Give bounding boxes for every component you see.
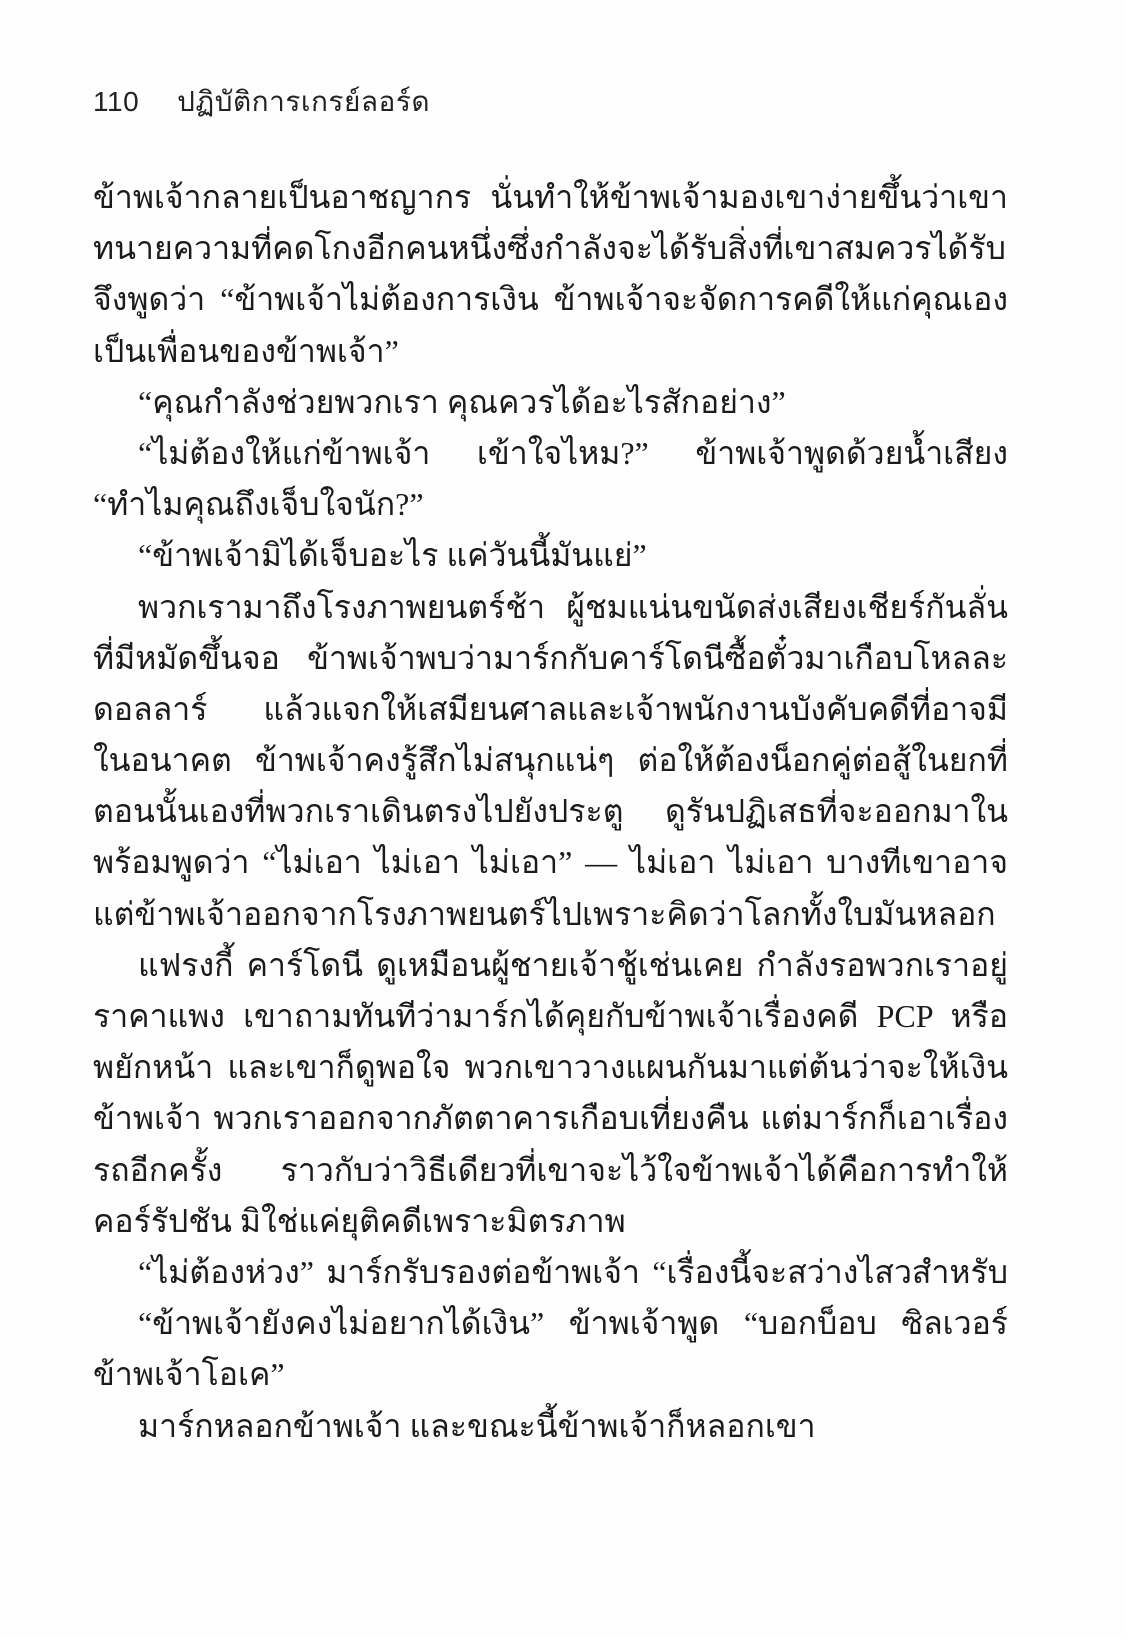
text-line: แฟรงกี้ คาร์โดนี ดูเหมือนผู้ชายเจ้าชู้เช… xyxy=(93,940,1008,991)
text-line: จึงพูดว่า “ข้าพเจ้าไม่ต้องการเงิน ข้าพเจ… xyxy=(93,274,1008,325)
text-line: “ทำไมคุณถึงเจ็บใจนัก?” xyxy=(93,479,1008,530)
text-line: เป็นเพื่อนของข้าพเจ้า” xyxy=(93,326,1008,377)
text-line: มาร์กหลอกข้าพเจ้า และขณะนี้ข้าพเจ้าก็หลอ… xyxy=(93,1401,1008,1452)
text-line: ข้าพเจ้าโอเค” xyxy=(93,1349,1008,1400)
running-header: 110 ปฏิบัติการเกรย์ลอร์ด xyxy=(93,80,430,124)
text-line: พวกเรามาถึงโรงภาพยนตร์ช้า ผู้ชมแน่นขนัดส… xyxy=(93,582,1008,633)
text-line: ทนายความที่คดโกงอีกคนหนึ่งซึ่งกำลังจะได้… xyxy=(93,223,1008,274)
text-line: ข้าพเจ้า พวกเราออกจากภัตตาคารเกือบเที่ยง… xyxy=(93,1093,1008,1144)
text-line: ที่มีหมัดขึ้นจอ ข้าพเจ้าพบว่ามาร์กกับคาร… xyxy=(93,633,1008,684)
running-title: ปฏิบัติการเกรย์ลอร์ด xyxy=(177,80,430,124)
text-line: พยักหน้า และเขาก็ดูพอใจ พวกเขาวางแผนกันม… xyxy=(93,1042,1008,1093)
text-line: ราคาแพง เขาถามทันทีว่ามาร์กได้คุยกับข้าพ… xyxy=(93,991,1008,1042)
page-number: 110 xyxy=(93,86,139,118)
text-line: “คุณกำลังช่วยพวกเรา คุณควรได้อะไรสักอย่า… xyxy=(93,377,1008,428)
text-line: รถอีกครั้ง ราวกับว่าวิธีเดียวที่เขาจะไว้… xyxy=(93,1145,1008,1196)
text-line: “ข้าพเจ้ามิได้เจ็บอะไร แค่วันนี้มันแย่” xyxy=(93,530,1008,581)
text-line: ตอนนั้นเองที่พวกเราเดินตรงไปยังประตู ดูร… xyxy=(93,786,1008,837)
book-page: 110 ปฏิบัติการเกรย์ลอร์ด ข้าพเจ้ากลายเป็… xyxy=(0,0,1126,1638)
body-text: ข้าพเจ้ากลายเป็นอาชญากร นั่นทำให้ข้าพเจ้… xyxy=(93,172,1008,1452)
text-line: “ไม่ต้องให้แก่ข้าพเจ้า เข้าใจไหม?” ข้าพเ… xyxy=(93,428,1008,479)
text-line: แต่ข้าพเจ้าออกจากโรงภาพยนตร์ไปเพราะคิดว่… xyxy=(93,889,1008,940)
text-line: “ข้าพเจ้ายังคงไม่อยากได้เงิน” ข้าพเจ้าพู… xyxy=(93,1298,1008,1349)
text-line: ดอลลาร์ แล้วแจกให้เสมียนศาลและเจ้าพนักงา… xyxy=(93,684,1008,735)
text-line: ข้าพเจ้ากลายเป็นอาชญากร นั่นทำให้ข้าพเจ้… xyxy=(93,172,1008,223)
text-line: คอร์รัปชัน มิใช่แค่ยุติคดีเพราะมิตรภาพ xyxy=(93,1196,1008,1247)
text-line: ในอนาคต ข้าพเจ้าคงรู้สึกไม่สนุกแน่ๆ ต่อใ… xyxy=(93,735,1008,786)
text-line: “ไม่ต้องห่วง” มาร์กรับรองต่อข้าพเจ้า “เร… xyxy=(93,1247,1008,1298)
text-line: พร้อมพูดว่า “ไม่เอา ไม่เอา ไม่เอา” — ไม่… xyxy=(93,837,1008,888)
